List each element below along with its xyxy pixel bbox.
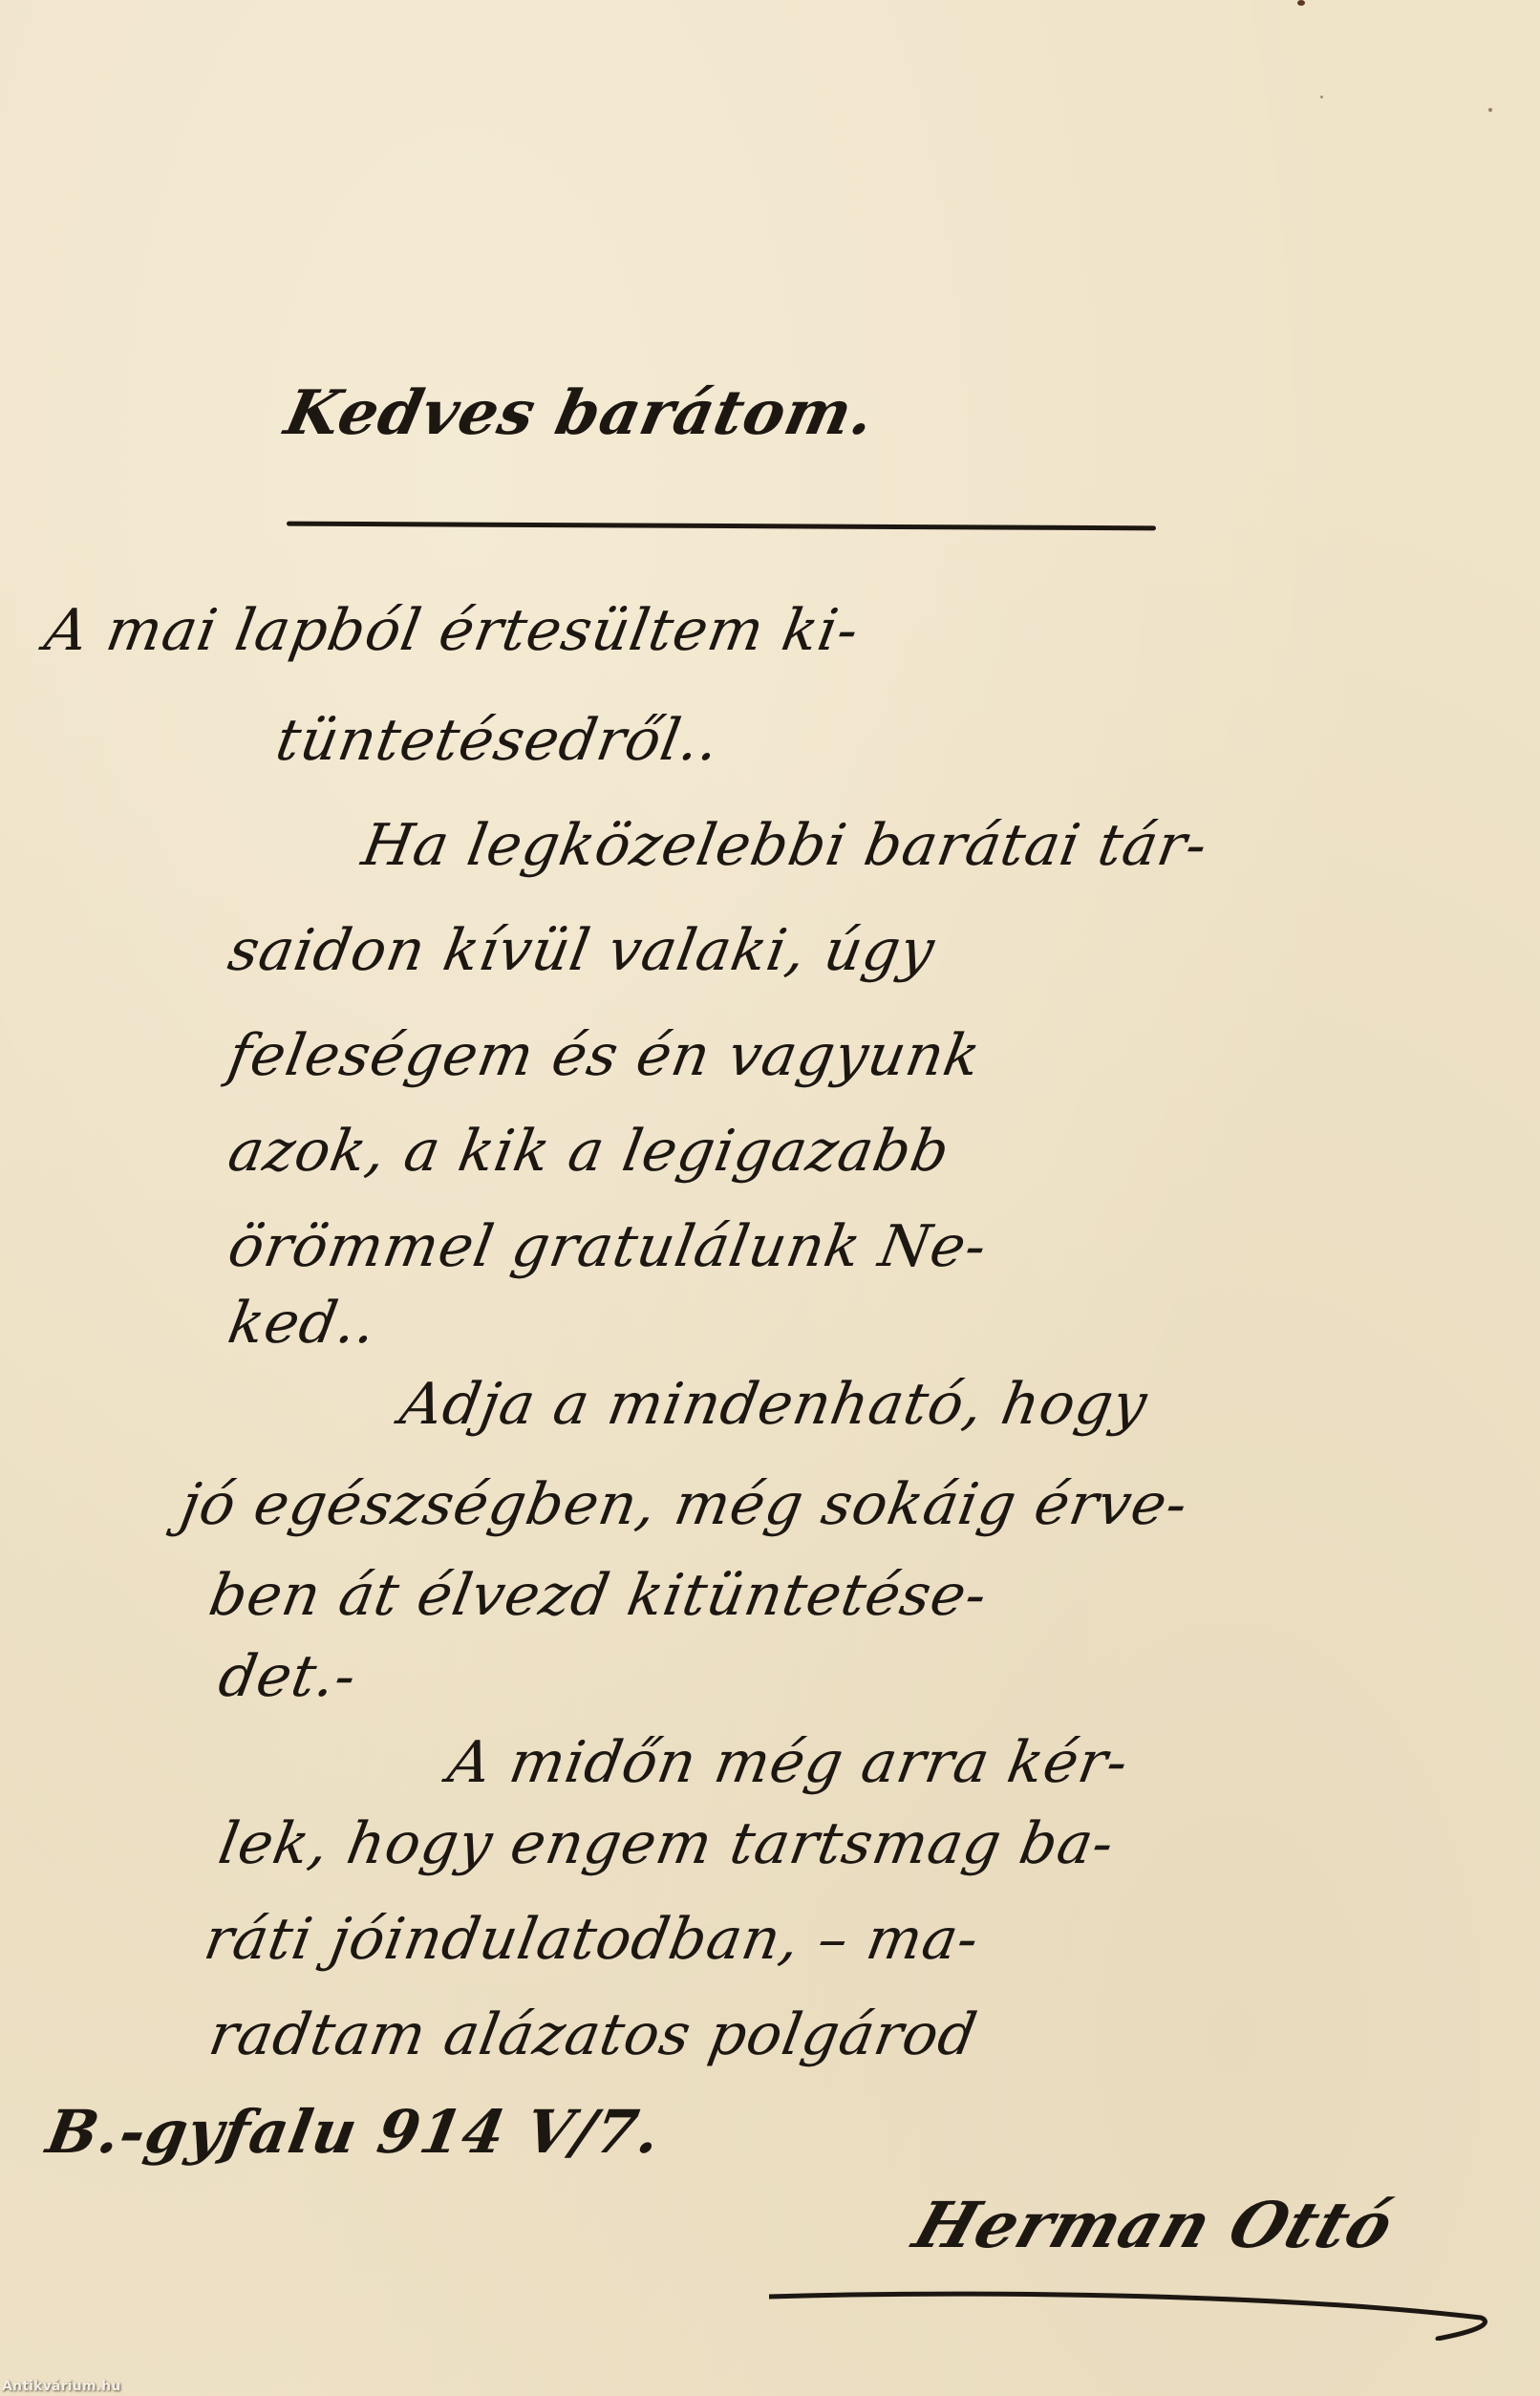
letter-line: örömmel gratulálunk Ne- — [225, 1218, 992, 1275]
paper-speck — [1488, 108, 1492, 112]
letter-line: Adja a mindenható, hogy — [396, 1376, 1152, 1433]
paper-speck — [1320, 96, 1323, 98]
letter-line: lek, hogy engem tartsmag ba- — [215, 1815, 1119, 1872]
letter-line: radtam alázatos polgárod — [205, 2006, 982, 2064]
letter-line: azok, a kik a legigazabb — [225, 1123, 954, 1180]
letter-page: Kedves barátom. A mai lapból értesültem … — [0, 0, 1540, 2396]
letter-date: B.-gyfalu 914 V/7. — [42, 2097, 667, 2167]
letter-line: A mai lapból értesültem ki- — [41, 602, 864, 659]
letter-line: jó egészségben, még sokáig érve- — [177, 1476, 1192, 1533]
letter-line: ben át élvezd kitüntetése- — [205, 1567, 992, 1624]
letter-line: det.- — [215, 1648, 361, 1705]
letter-line: feleségem és én vagyunk — [225, 1027, 985, 1084]
letter-line: Ha legközelebbi barátai tár- — [358, 817, 1212, 874]
letter-salutation: Kedves barátom. — [279, 377, 882, 449]
salutation-underline — [287, 522, 1156, 531]
letter-line: saidon kívül valaki, úgy — [225, 922, 939, 979]
paper-speck — [1297, 0, 1305, 6]
signature-flourish — [769, 2283, 1495, 2341]
letter-signature: Herman Ottó — [905, 2188, 1403, 2262]
letter-line: tüntetésedről.. — [272, 712, 724, 769]
letter-line: A midőn még arra kér- — [444, 1734, 1133, 1791]
letter-line: ráti jóindulatodban, – ma- — [201, 1911, 984, 1968]
letter-line: ked.. — [225, 1294, 381, 1352]
watermark: Antikvárium.hu — [2, 2379, 121, 2394]
